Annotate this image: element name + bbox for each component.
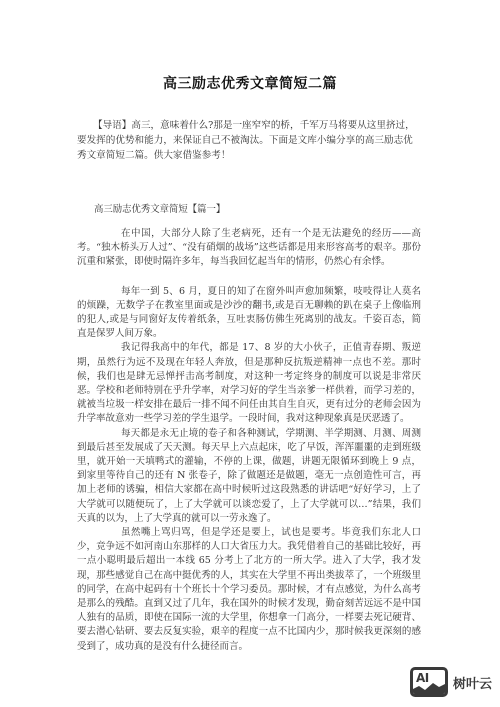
paragraph: 在中国，大部分人除了生老病死，还有一个是无法避免的经历——高考。“独木桥头万人过…: [77, 227, 421, 270]
article-body: 在中国，大部分人除了生老病死，还有一个是无法避免的经历——高考。“独木桥头万人过…: [77, 227, 421, 654]
intro-label: 【导语】: [93, 120, 131, 131]
mountain-icon: [413, 680, 445, 694]
document-title: 高三励志优秀文章简短二篇: [0, 73, 500, 93]
paragraph: 我记得我高中的年代，都是 17、8 岁的大小伙子，正值青春期、叛逆期，虽然行为远…: [77, 341, 421, 426]
watermark-logo: AI 树叶云: [410, 667, 492, 697]
document-page: 高三励志优秀文章简短二篇 【导语】高三，意味着什么?那是一座窄窄的桥，千军万马将…: [0, 0, 500, 707]
paragraph: 每年一到 5、6 月，夏日的知了在窗外叫声愈加频繁，吱吱得让人莫名的烦躁，无数学…: [77, 285, 421, 342]
brand-name: 树叶云: [453, 673, 492, 692]
section-heading: 高三励志优秀文章简短【篇一】: [94, 201, 225, 215]
paragraph: 每天都是永无止境的卷子和各种测试，学期测、半学期测、月测、周测到最后甚至发展成了…: [77, 427, 421, 526]
ai-image-icon: AI: [410, 667, 448, 697]
paragraph: 虽然嘴上骂归骂，但是学还是要上，试也是要考。毕竟我们东北人口少，竞争远不如河南山…: [77, 526, 421, 654]
intro-paragraph: 【导语】高三，意味着什么?那是一座窄窄的桥，千军万马将要从这里挤过，要发挥的优势…: [77, 118, 421, 163]
